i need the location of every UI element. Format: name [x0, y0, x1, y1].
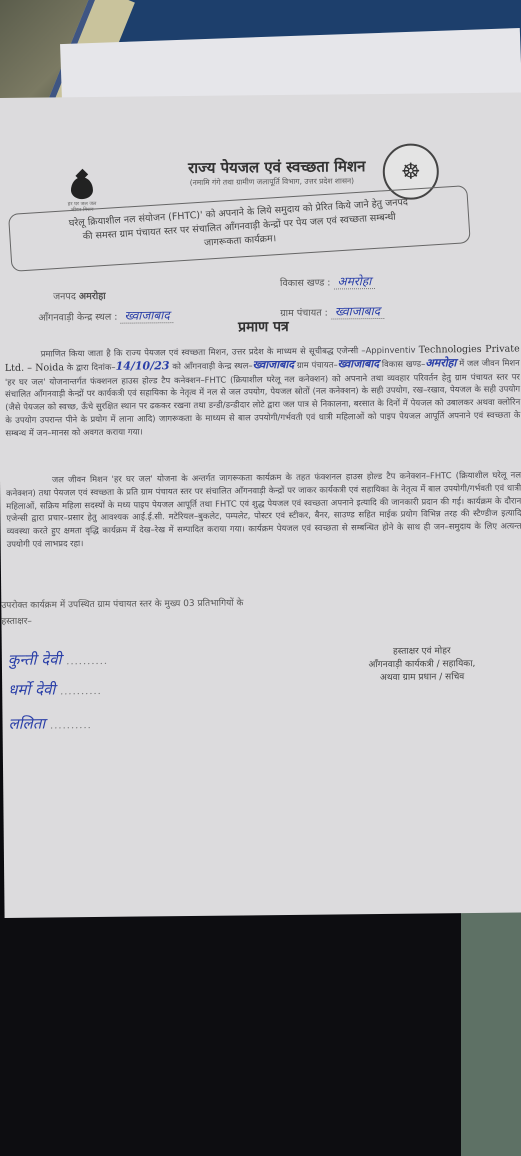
program-block: अमरोहा — [425, 356, 456, 369]
program-site: ख्वाजाबाद — [253, 358, 295, 371]
p1-text-c: को आँगनवाड़ी केन्द्र स्थल– — [172, 360, 252, 371]
gram-panchayat-value: ख्वाजाबाद — [331, 304, 384, 320]
participant-signature-3: ललिता .......... — [8, 713, 91, 734]
signatures-intro-line-2: हस्ताक्षर– — [1, 611, 243, 630]
janpad-field: जनपद अमरोहा — [53, 289, 106, 303]
p1-text-e: विकास खण्ड– — [382, 358, 426, 368]
mission-title: राज्य पेयजल एवं स्वच्छता मिशन — [147, 156, 407, 179]
certificate-paragraph-2: जल जीवन मिशन 'हर घर जल' योजना के अन्तर्ग… — [6, 469, 521, 551]
program-date: 14/10/23 — [115, 359, 169, 373]
certificate-title: प्रमाण पत्र — [188, 316, 338, 337]
certificate-paragraph-1: प्रमाणित किया जाता है कि राज्य पेयजल एवं… — [5, 343, 521, 440]
background-dark-fabric — [0, 915, 521, 1156]
signature-line: .......... — [50, 720, 92, 731]
program-gram-panchayat: ख्वाजाबाद — [338, 357, 380, 370]
background-floor — [461, 900, 521, 1156]
signature-line: .......... — [60, 686, 102, 697]
anganwadi-value: ख्वाजाबाद — [120, 308, 173, 324]
vikas-khand-value: अमरोहा — [333, 274, 375, 289]
p1-text-b: के द्वारा दिनांक– — [67, 362, 116, 373]
signatures-intro: उपरोक्त कार्यक्रम में उपस्थित ग्राम पंचा… — [1, 595, 243, 630]
p1-text-d: ग्राम पंचायत– — [297, 359, 338, 369]
janpad-value: अमरोहा — [79, 291, 106, 302]
vikas-khand-field: विकास खण्ड : अमरोहा — [280, 272, 376, 290]
janpad-label: जनपद — [53, 291, 76, 302]
certificate-paper: हर घर जल जल जीवन मिशन राज्य पेयजल एवं स्… — [0, 92, 521, 918]
anganwadi-field: आँगनवाड़ी केन्द्र स्थल : ख्वाजाबाद — [38, 306, 174, 324]
participant-name: धर्मो देवी — [8, 680, 55, 698]
participant-signature-2: धर्मो देवी .......... — [8, 679, 102, 700]
mission-subtitle: (नमामि गंगे तथा ग्रामीण जलापूर्ति विभाग,… — [127, 176, 417, 189]
stamp-line-3: अथवा ग्राम प्रधान / सचिव — [337, 671, 507, 686]
signature-line: .......... — [66, 656, 108, 667]
water-drop-icon — [71, 177, 93, 199]
participant-name: कुन्ती देवी — [8, 650, 62, 669]
anganwadi-label: आँगनवाड़ी केन्द्र स्थल : — [38, 312, 117, 324]
signature-stamp-block: हस्ताक्षर एवं मोहर आँगनवाड़ी कार्यकत्री … — [337, 645, 507, 686]
participant-signature-1: कुन्ती देवी .......... — [8, 649, 108, 670]
vikas-khand-label: विकास खण्ड : — [280, 278, 331, 290]
signatures-intro-line-1: उपरोक्त कार्यक्रम में उपस्थित ग्राम पंचा… — [1, 595, 243, 614]
participant-name: ललिता — [8, 715, 45, 733]
